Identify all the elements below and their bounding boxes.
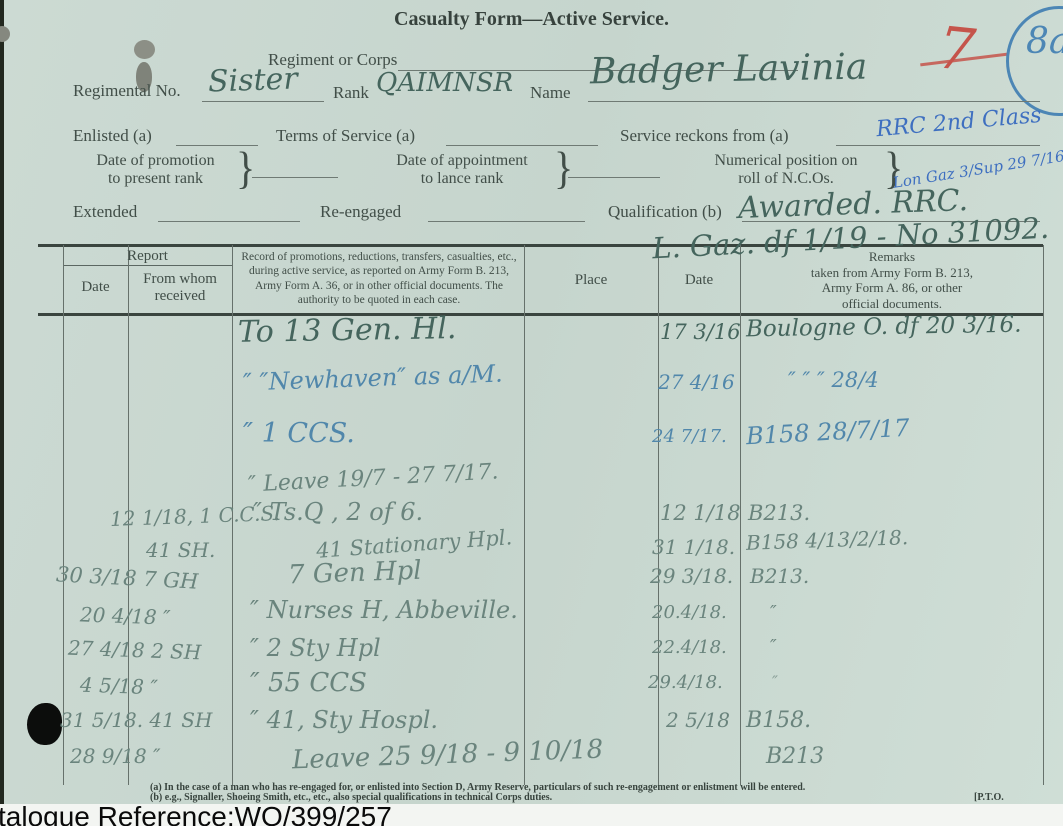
- brace: }: [236, 145, 255, 191]
- date-entry: 17 3/16: [660, 322, 741, 343]
- rank-label: Rank: [333, 84, 369, 103]
- date-entry: 29.4/18.: [648, 674, 723, 692]
- pto-label: [P.T.O.: [974, 792, 1004, 803]
- blue-circle-label: 8a: [1026, 24, 1063, 60]
- remarks-entry: ″ ″ ″ 28/4: [788, 370, 879, 391]
- report-entry: 30 3/18 7 GH: [56, 564, 199, 592]
- record-entry: 7 Gen Hpl: [288, 558, 422, 589]
- table-column-line: [63, 245, 64, 785]
- red-crossed-numeral: 7: [935, 18, 978, 80]
- date-of-promotion-label: Date of promotion to present rank: [73, 152, 238, 187]
- record-entry: To 13 Gen. Hl.: [238, 314, 457, 348]
- remarks-entry: ″: [770, 638, 777, 656]
- ink-blot: [27, 703, 62, 745]
- record-entry: ″ 41, Sty Hospl.: [250, 708, 438, 732]
- terms-of-service-label: Terms of Service (a): [276, 127, 415, 146]
- punch-hole: [134, 40, 155, 59]
- name-value: Badger Lavinia: [590, 50, 868, 91]
- qualification-label: Qualification (b): [608, 203, 722, 222]
- remarks-entry: B158 28/7/17: [745, 416, 910, 449]
- col-header-place: Place: [524, 272, 658, 289]
- record-entry: Leave 25 9/18 - 9 10/18: [292, 737, 604, 774]
- report-entry: 20 4/18 ″: [80, 604, 171, 627]
- date-entry: 24 7/17.: [652, 428, 727, 446]
- record-entry: ″ Ts.Q , 2 of 6.: [253, 500, 423, 524]
- remarks-entry: B158 4/13/2/18.: [746, 527, 909, 553]
- report-entry: 27 4/18 2 SH: [68, 638, 202, 663]
- remarks-entry: B213: [766, 746, 824, 768]
- blank-line: [428, 221, 585, 222]
- extended-label: Extended: [73, 203, 137, 222]
- blank-line: [158, 221, 300, 222]
- report-entry: 4 5/18 ″: [80, 675, 158, 698]
- table-column-line: [1043, 245, 1044, 785]
- remarks-entry: B213.: [748, 503, 810, 524]
- brace: }: [554, 145, 573, 191]
- remarks-entry: B213.: [750, 566, 809, 586]
- scan-left-edge: [0, 0, 4, 806]
- regimental-no-label: Regimental No.: [73, 82, 181, 101]
- blank-line: [202, 101, 324, 102]
- name-label: Name: [530, 84, 571, 103]
- page-title: Casualty Form—Active Service.: [0, 8, 1063, 30]
- table-column-line: [524, 245, 525, 785]
- col-header-remarks: Remarks taken from Army Form B. 213, Arm…: [744, 249, 1040, 311]
- blank-line: [252, 177, 338, 178]
- table-column-line: [658, 245, 659, 785]
- record-entry: ″ 2 Sty Hpl: [250, 636, 381, 660]
- report-entry: 28 9/18 ″: [70, 746, 161, 766]
- numerical-position-label: Numerical position on roll of N.C.Os.: [686, 152, 886, 187]
- service-reckons-label: Service reckons from (a): [620, 127, 789, 146]
- col-header-from-whom: From whom received: [128, 271, 232, 304]
- blank-line: [588, 101, 1040, 102]
- date-entry: 22.4/18.: [652, 639, 727, 657]
- record-entry: ″ ″Newhaven″ as a/M.: [243, 361, 503, 394]
- blank-line: [568, 177, 660, 178]
- report-entry: 41 SH.: [146, 540, 215, 560]
- col-header-date: Date: [658, 272, 740, 289]
- catalogue-reference: talogue Reference:WO/399/257: [0, 801, 392, 826]
- col-header-report-date: Date: [63, 279, 128, 296]
- record-entry: ″ 55 CCS: [250, 670, 367, 696]
- blank-line: [836, 145, 1040, 146]
- remarks-entry: ″: [770, 604, 777, 622]
- record-entry: ″ Leave 19/7 - 27 7/17.: [248, 461, 499, 496]
- reengaged-label: Re-engaged: [320, 203, 401, 222]
- regimental-no-value: Sister: [208, 64, 299, 97]
- col-header-record: Record of promotions, reductions, transf…: [240, 250, 518, 308]
- remarks-entry: Boulogne O. df 20 3/16.: [746, 314, 1022, 342]
- date-entry: 2 5/18: [666, 710, 730, 730]
- record-entry: ″ 1 CCS.: [243, 420, 355, 447]
- date-entry: 27 4/16: [658, 372, 735, 392]
- col-header-report: Report: [63, 248, 232, 265]
- rank-value: QAIMNSR: [376, 70, 513, 96]
- casualty-form-page: Casualty Form—Active Service. 7 8a Regim…: [0, 0, 1063, 826]
- report-divider: [63, 265, 232, 266]
- remarks-entry: B158.: [746, 710, 811, 732]
- service-reckons-value: RRC 2nd Class: [875, 105, 1042, 141]
- date-entry: 20.4/18.: [652, 604, 727, 622]
- date-entry: 31 1/18.: [652, 537, 735, 557]
- date-entry: 29 3/18.: [650, 566, 733, 586]
- report-entry: 31 5/18. 41 SH: [60, 710, 212, 730]
- date-entry: 12 1/18: [660, 503, 741, 524]
- date-of-appointment-label: Date of appointment to lance rank: [376, 152, 548, 187]
- enlisted-label: Enlisted (a): [73, 127, 152, 146]
- record-entry: ″ Nurses H, Abbeville.: [250, 598, 518, 622]
- blank-line: [446, 145, 598, 146]
- remarks-entry: ″: [772, 674, 778, 690]
